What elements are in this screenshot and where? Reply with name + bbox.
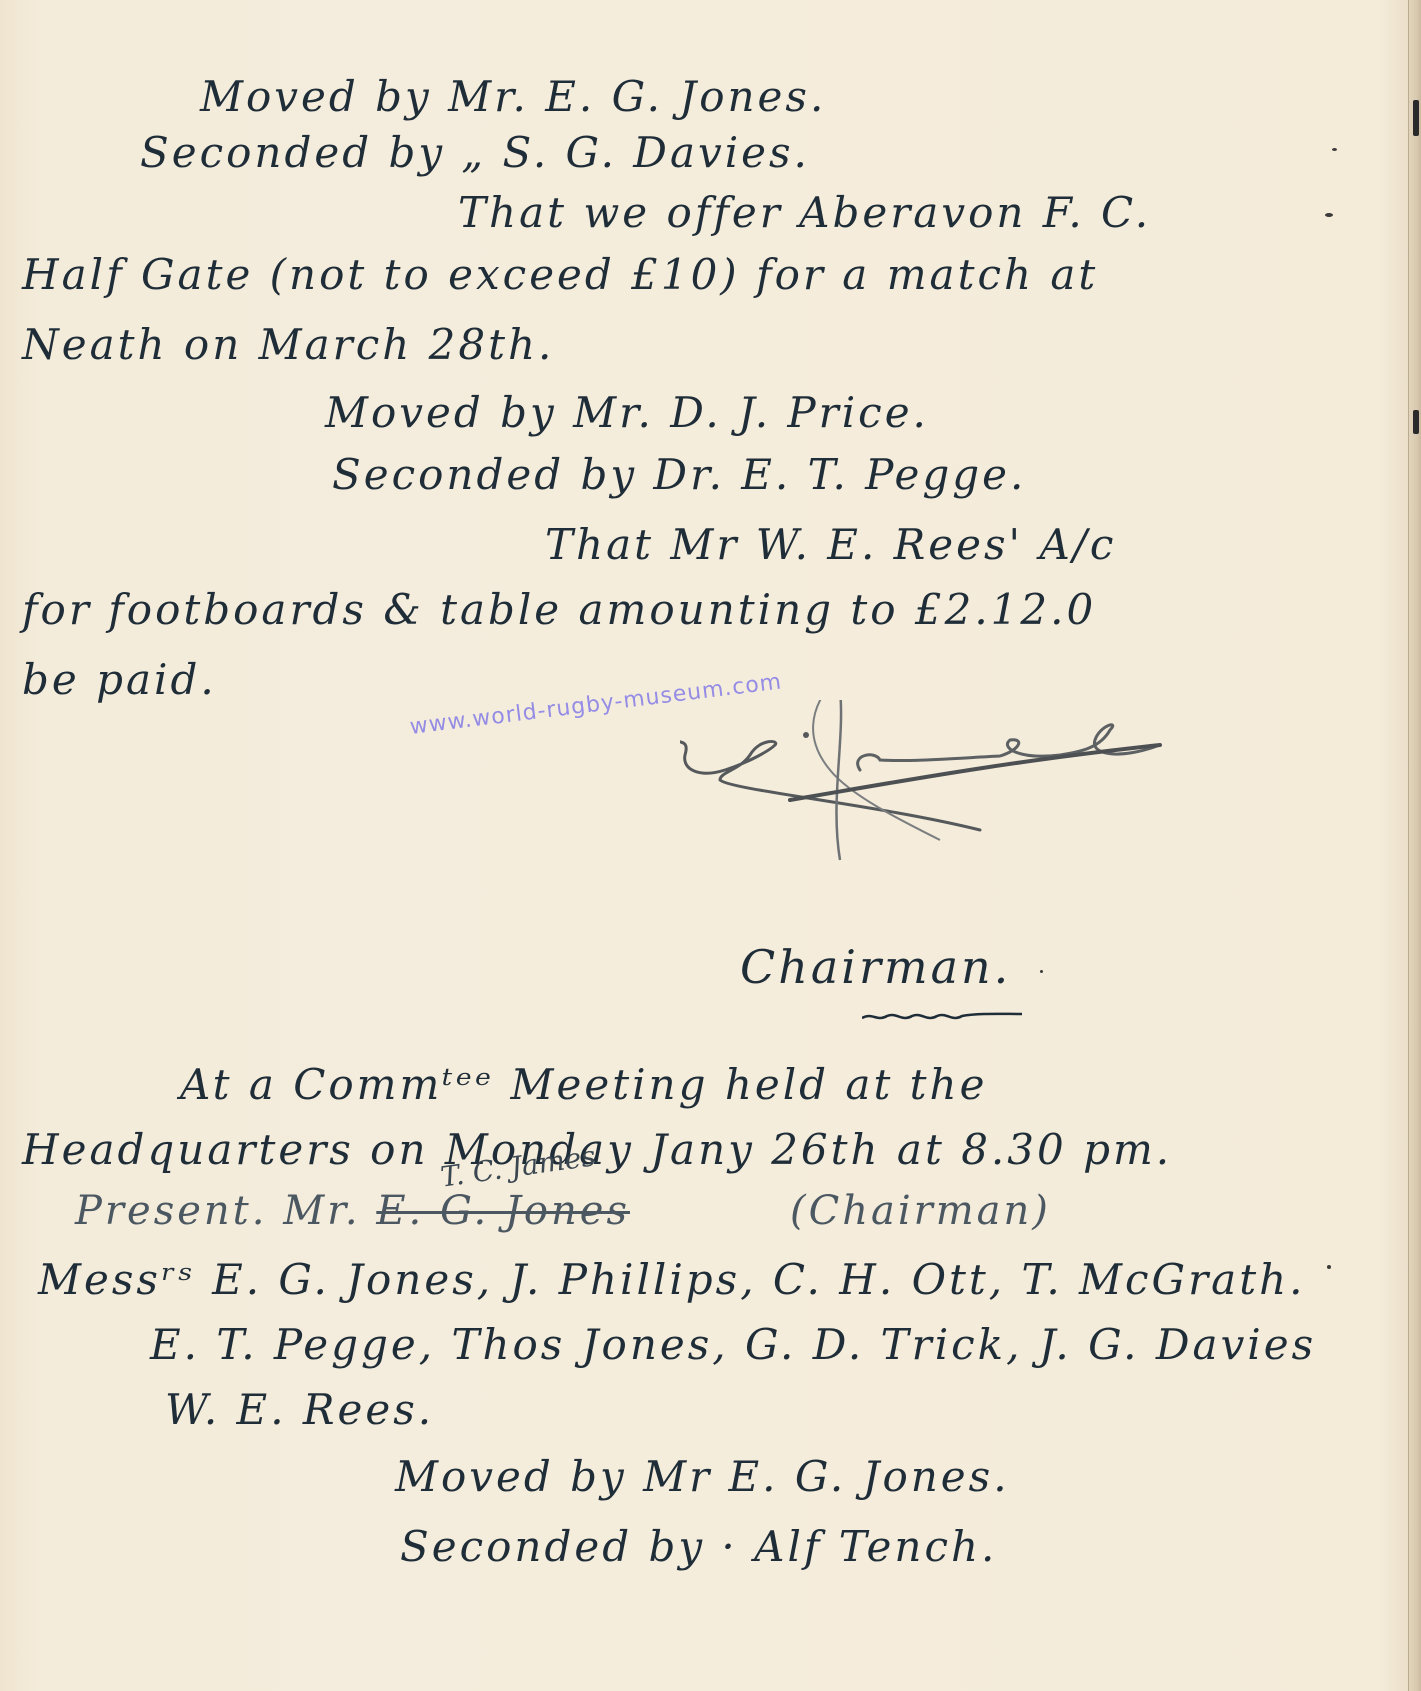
edge-mark: [1413, 100, 1419, 136]
meeting-line1: At a Commᵗᵉᵉ Meeting held at the: [180, 1060, 987, 1109]
meeting-line2: Headquarters on Monday Jany 26th at 8.30…: [22, 1125, 1172, 1174]
attendees-line2: E. T. Pegge, Thos Jones, G. D. Trick, J.…: [150, 1320, 1316, 1369]
section2-moved: Moved by Mr. D. J. Price.: [325, 388, 929, 437]
present-label: Present.: [75, 1188, 267, 1234]
paper-speck: [1325, 213, 1333, 217]
paper-speck: [1040, 970, 1043, 973]
attendees-line3: W. E. Rees.: [165, 1385, 434, 1434]
signature-scrawl: [680, 700, 1240, 870]
section1-resolution-line1: That we offer Aberavon F. C.: [458, 188, 1151, 237]
section2-seconded: Seconded by Dr. E. T. Pegge.: [332, 450, 1026, 499]
section1-resolution-line2: Half Gate (not to exceed £10) for a matc…: [22, 250, 1098, 299]
present-struck-name: E. G. Jones: [376, 1188, 630, 1234]
section2-resolution-line1: That Mr W. E. Rees' A/c: [545, 520, 1116, 569]
section3-seconded: Seconded by · Alf Tench.: [400, 1522, 997, 1571]
attendees-line1: Messʳˢ E. G. Jones, J. Phillips, C. H. O…: [38, 1255, 1306, 1304]
attendees-names-1: E. G. Jones, J. Phillips, C. H. Ott, T. …: [212, 1255, 1305, 1304]
page-edge: [1408, 0, 1421, 1691]
document-page: Moved by Mr. E. G. Jones. Seconded by „ …: [0, 0, 1421, 1691]
present-prefix: Mr.: [283, 1188, 360, 1234]
section1-moved: Moved by Mr. E. G. Jones.: [200, 72, 826, 121]
section2-resolution-line2: for footboards & table amounting to £2.1…: [22, 585, 1096, 634]
attendees-prefix: Messʳˢ: [38, 1255, 196, 1304]
edge-mark: [1413, 410, 1419, 434]
section1-seconded: Seconded by „ S. G. Davies.: [140, 128, 810, 177]
paper-speck: [1332, 148, 1337, 151]
present-line: Present. Mr. E. G. Jones: [75, 1188, 630, 1234]
section1-resolution-line3: Neath on March 28th.: [22, 320, 554, 369]
section2-resolution-line3: be paid.: [22, 655, 217, 704]
present-role: (Chairman): [790, 1188, 1051, 1234]
signature-title: Chairman.: [740, 940, 1011, 994]
paper-speck: [1327, 1265, 1331, 1269]
section3-moved: Moved by Mr E. G. Jones.: [395, 1452, 1010, 1501]
chairman-underline: [862, 1010, 1022, 1024]
